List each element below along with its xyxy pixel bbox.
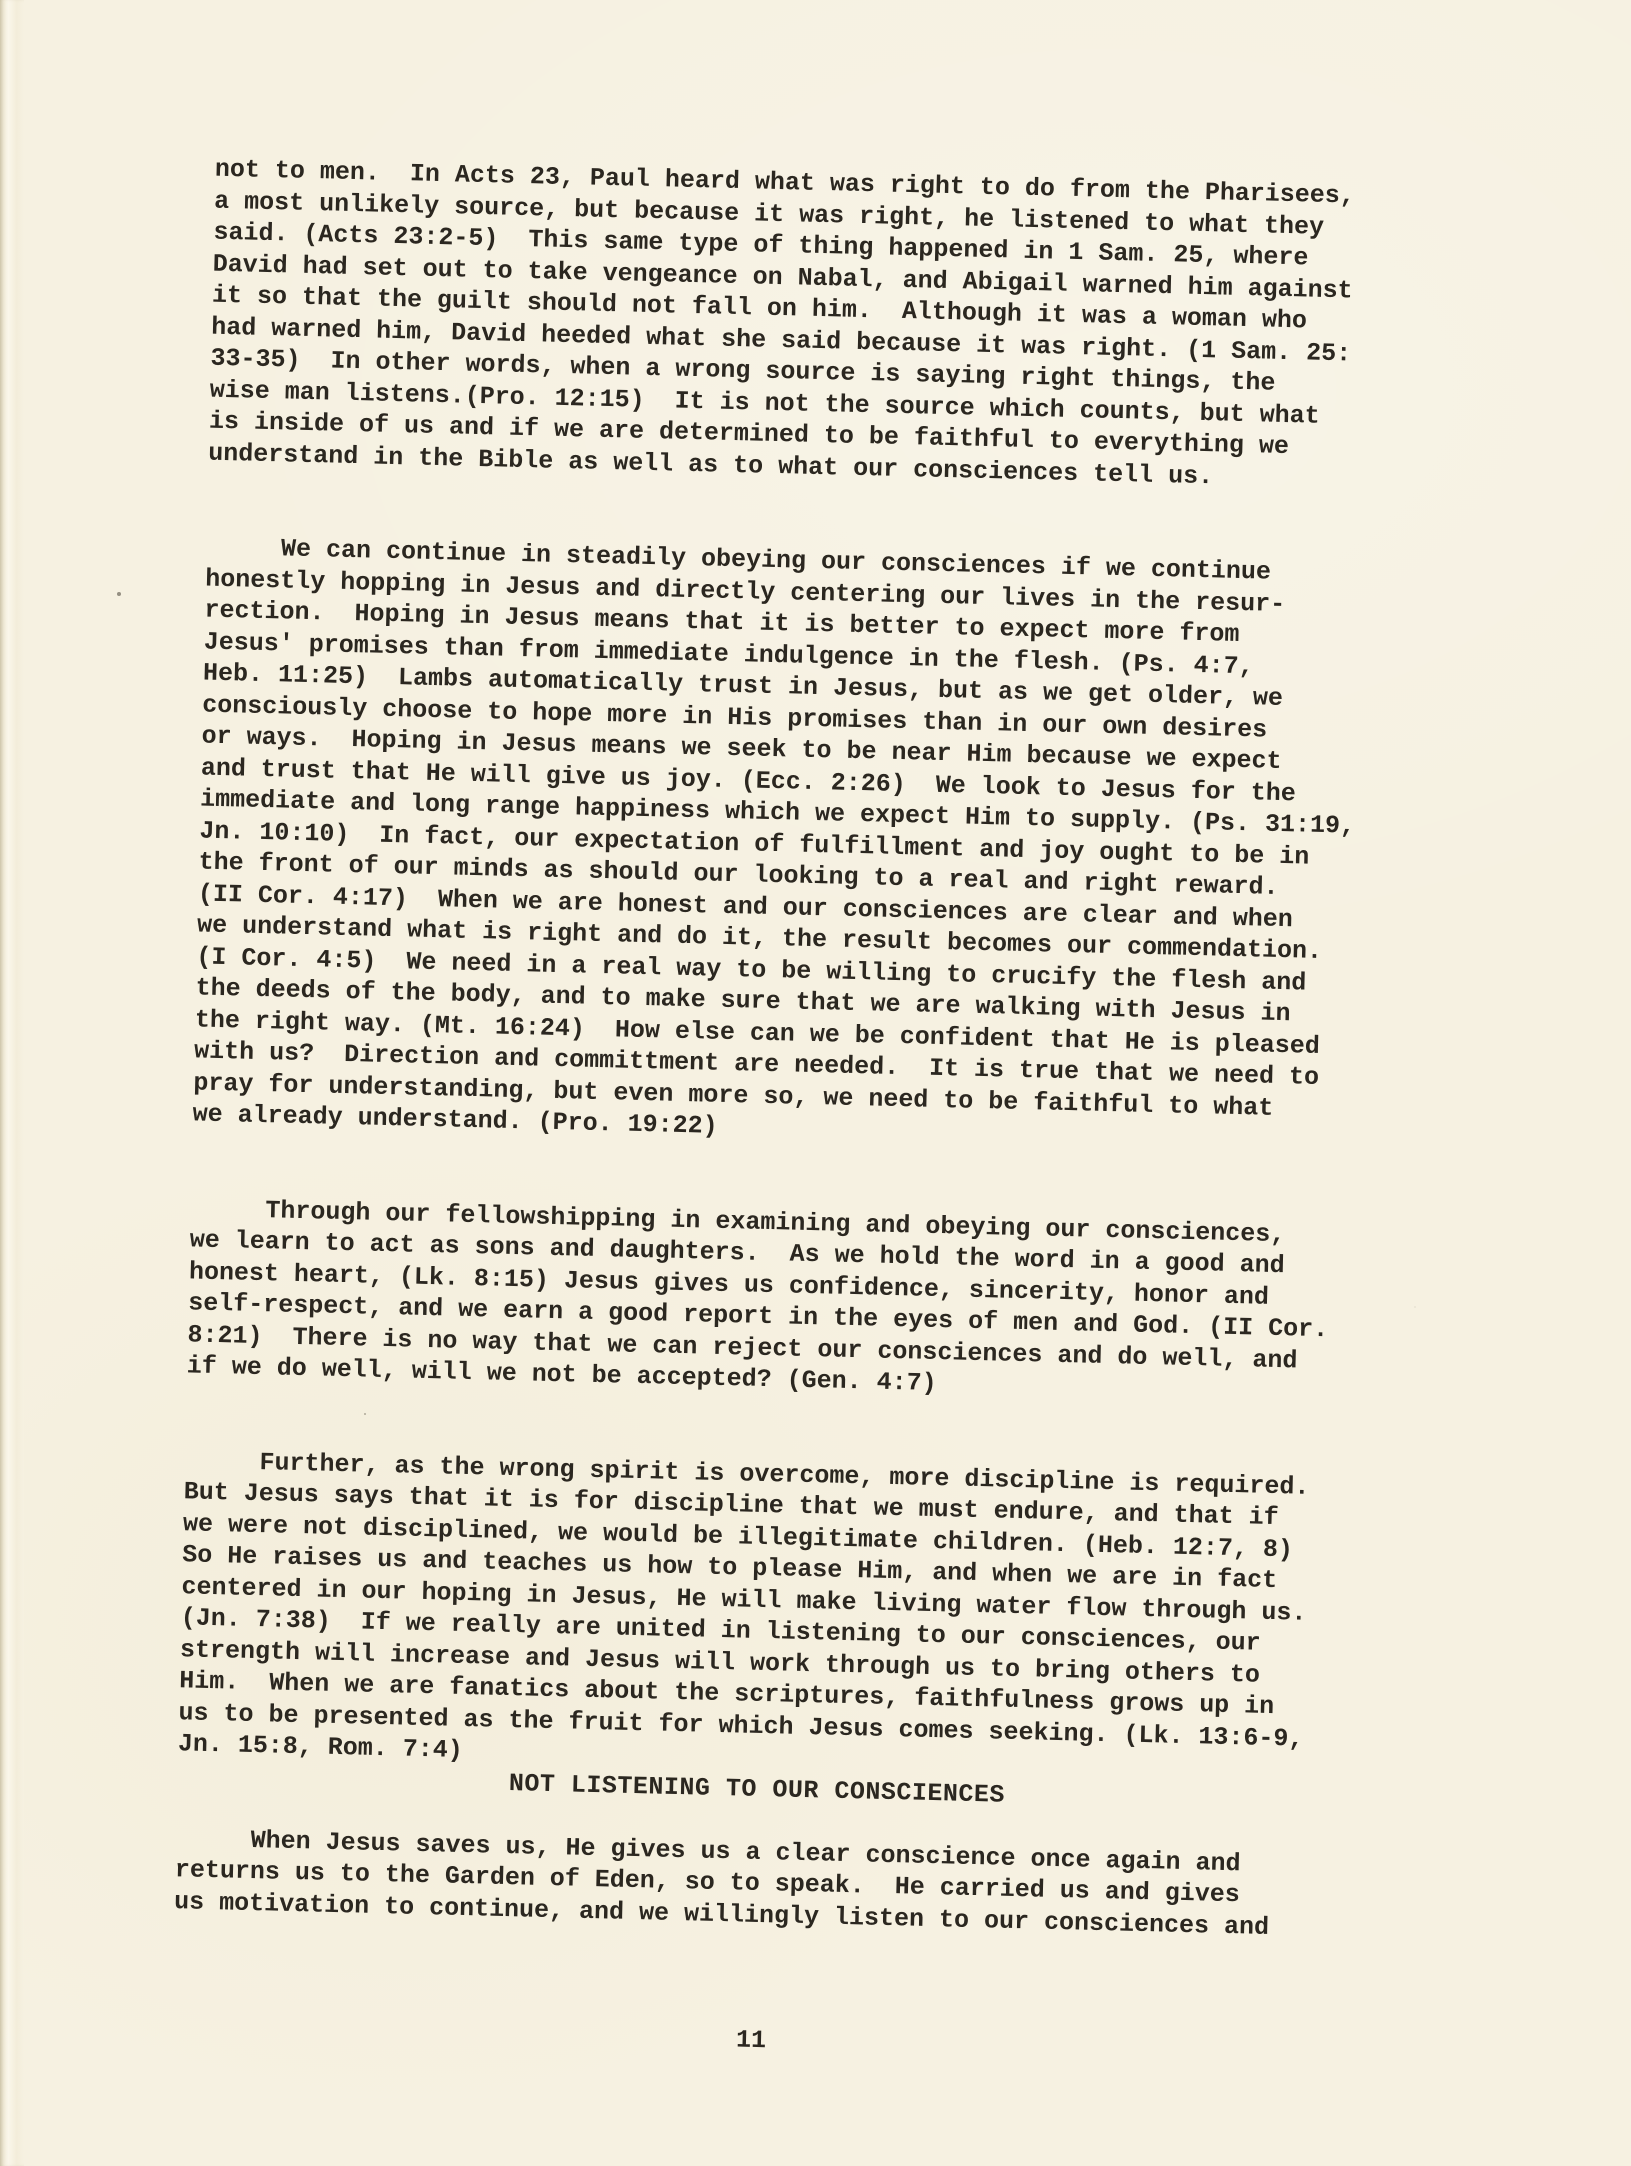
- scan-edge-shadow: [0, 0, 24, 2166]
- paragraph: When Jesus saves us, He gives us a clear…: [174, 1823, 1336, 1945]
- page-number: 11: [171, 2011, 1331, 2070]
- paragraph: Through our fellowshipping in examining …: [186, 1193, 1350, 1409]
- paragraph: not to men. In Acts 23, Paul heard what …: [208, 154, 1375, 496]
- typewritten-text-block: not to men. In Acts 23, Paul heard what …: [171, 154, 1375, 2070]
- dust-speck: [117, 592, 121, 596]
- body-paragraphs-after-heading: When Jesus saves us, He gives us a clear…: [174, 1823, 1336, 1945]
- body-paragraphs: not to men. In Acts 23, Paul heard what …: [177, 154, 1375, 1787]
- scanned-page: not to men. In Acts 23, Paul heard what …: [0, 0, 1631, 2166]
- paragraph: We can continue in steadily obeying our …: [192, 532, 1366, 1158]
- paragraph: Further, as the wrong spirit is overcome…: [177, 1445, 1344, 1787]
